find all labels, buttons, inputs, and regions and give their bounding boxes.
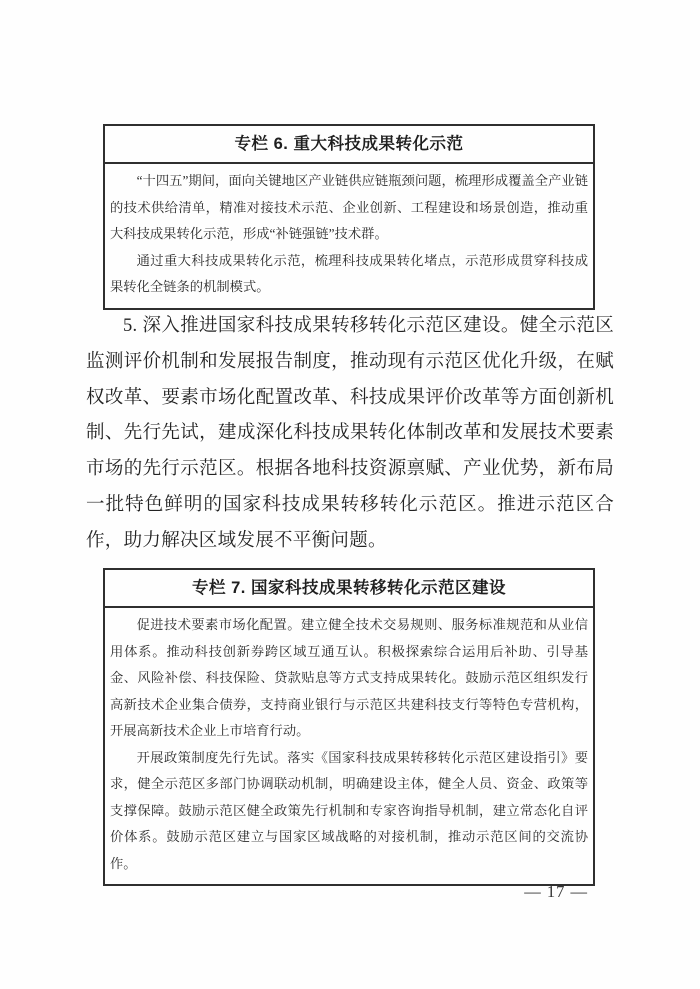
callout-box-7-body: 促进技术要素市场化配置。建立健全技术交易规则、服务标准规范和从业信用体系。推动科…	[105, 608, 593, 884]
callout-box-6: 专栏 6. 重大科技成果转化示范 “十四五”期间，面向关键地区产业链供应链瓶颈问…	[103, 124, 595, 310]
callout-box-7-title: 专栏 7. 国家科技成果转移转化示范区建设	[105, 570, 593, 608]
box-paragraph: 促进技术要素市场化配置。建立健全技术交易规则、服务标准规范和从业信用体系。推动科…	[110, 612, 588, 745]
box-paragraph: 通过重大科技成果转化示范，梳理科技成果转化堵点，示范形成贯穿科技成果转化全链条的…	[110, 248, 588, 301]
callout-box-7: 专栏 7. 国家科技成果转移转化示范区建设 促进技术要素市场化配置。建立健全技术…	[103, 568, 595, 886]
body-paragraph: 5. 深入推进国家科技成果转移转化示范区建设。健全示范区监测评价机制和发展报告制…	[86, 309, 614, 560]
callout-box-6-title: 专栏 6. 重大科技成果转化示范	[105, 126, 593, 164]
box-paragraph: “十四五”期间，面向关键地区产业链供应链瓶颈问题，梳理形成覆盖全产业链的技术供给…	[110, 168, 588, 248]
box-paragraph: 开展政策制度先行先试。落实《国家科技成果转移转化示范区建设指引》要求，健全示范区…	[110, 745, 588, 878]
page-number: — 17 —	[524, 882, 588, 902]
callout-box-6-body: “十四五”期间，面向关键地区产业链供应链瓶颈问题，梳理形成覆盖全产业链的技术供给…	[105, 164, 593, 308]
document-page: 专栏 6. 重大科技成果转化示范 “十四五”期间，面向关键地区产业链供应链瓶颈问…	[0, 0, 700, 989]
